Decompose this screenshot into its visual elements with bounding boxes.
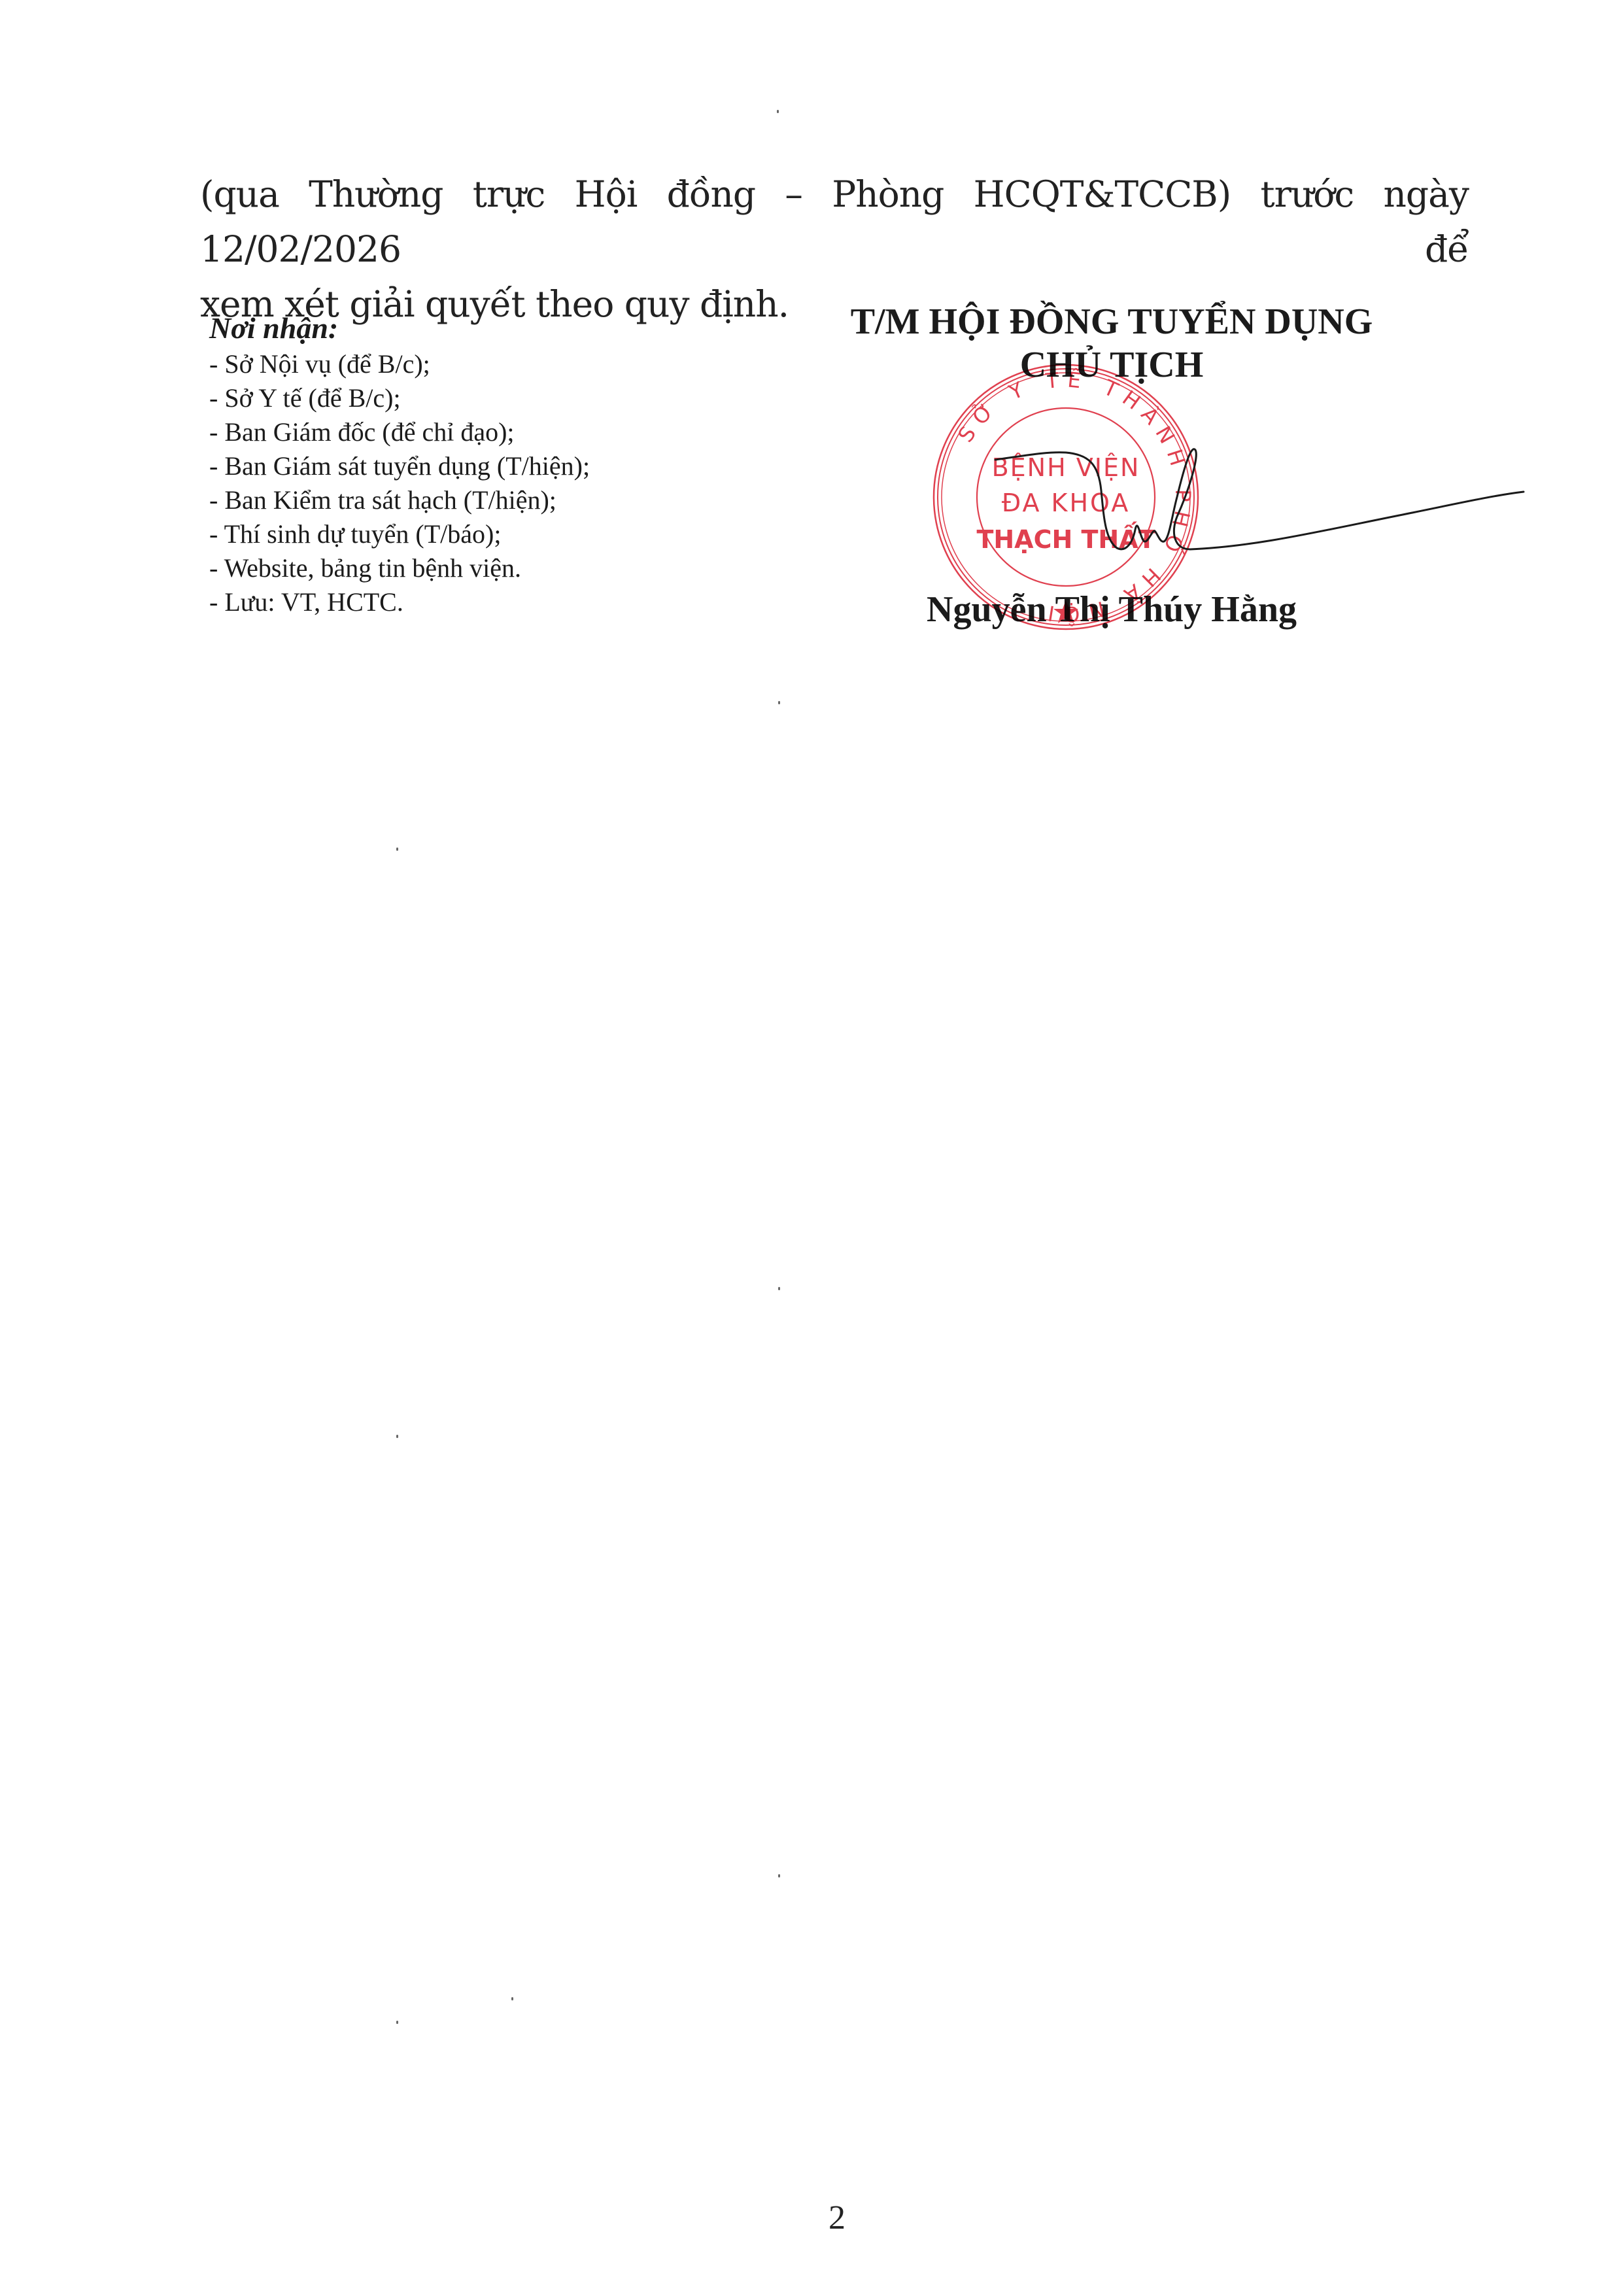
scan-speck	[778, 1287, 780, 1290]
recipient-item: - Ban Giám sát tuyển dụng (T/hiện);	[209, 449, 706, 483]
recipients-list: - Sở Nội vụ (để B/c); - Sở Y tế (để B/c)…	[209, 347, 706, 619]
recipient-item: - Lưu: VT, HCTC.	[209, 585, 706, 619]
recipients-block: Nơi nhận: - Sở Nội vụ (để B/c); - Sở Y t…	[209, 311, 706, 619]
recipient-item: - Sở Nội vụ (để B/c);	[209, 347, 706, 381]
scan-speck	[778, 701, 780, 704]
scan-speck	[777, 110, 779, 113]
page-number: 2	[785, 2199, 889, 2238]
recipient-item: - Sở Y tế (để B/c);	[209, 381, 706, 415]
recipients-heading: Nơi nhận:	[209, 311, 706, 346]
recipient-item: - Website, bảng tin bệnh viện.	[209, 551, 706, 585]
scan-speck	[396, 1435, 398, 1438]
recipient-item: - Ban Kiểm tra sát hạch (T/hiện);	[209, 483, 706, 517]
recipient-item: - Ban Giám đốc (để chỉ đạo);	[209, 415, 706, 449]
recipient-item: - Thí sinh dự tuyển (T/báo);	[209, 517, 706, 551]
scan-speck	[778, 1874, 780, 1877]
scan-speck	[396, 2021, 398, 2024]
scan-speck	[396, 848, 398, 851]
signature-organization: T/M HỘI ĐỒNG TUYỂN DỤNG	[798, 301, 1426, 343]
handwritten-signature	[981, 419, 1530, 562]
paragraph-line-1: (qua Thường trực Hội đồng – Phòng HCQT&T…	[200, 167, 1469, 277]
scan-speck	[511, 1997, 513, 2000]
